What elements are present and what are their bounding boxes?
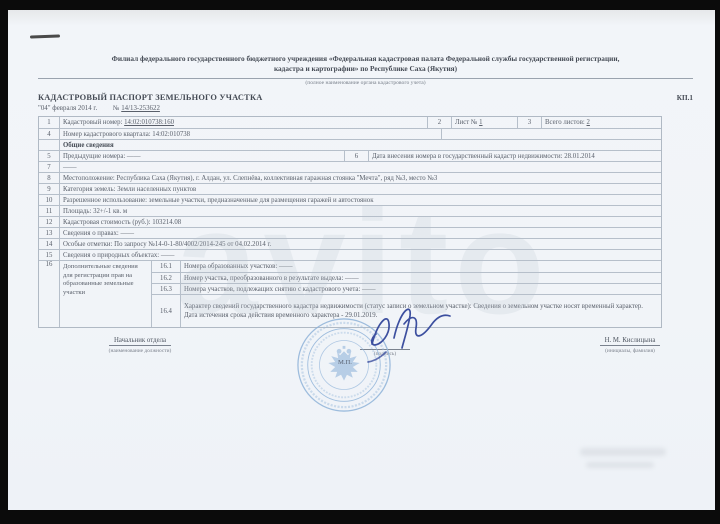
- formed-parcels-cell: Номера образованных участков: ——: [180, 261, 661, 272]
- cadastral-number-label: Кадастровый номер:: [63, 119, 122, 126]
- table-row-8: 8 Местоположение: Республика Саха (Якути…: [39, 172, 661, 183]
- table-row-5: 5 Предыдущие номера: —— 6 Дата внесения …: [39, 150, 661, 161]
- row-number: 8: [39, 173, 59, 183]
- scan-border-right: [715, 0, 720, 524]
- subrow-number: 16.4: [152, 295, 180, 327]
- title-row: КАДАСТРОВЫЙ ПАСПОРТ ЗЕМЕЛЬНОГО УЧАСТКА К…: [38, 93, 693, 102]
- sheet-cell: Лист № 1: [451, 117, 517, 128]
- official-name: Н. М. Кислицына: [600, 337, 661, 346]
- subrow-16-3: 16.3 Номера участков, подлежащих снятию …: [152, 283, 661, 294]
- table-row-1: 1 Кадастровый номер: 14:02:010738:160 2 …: [39, 117, 661, 128]
- row-number: 6: [344, 151, 368, 161]
- table-row-13: 13 Сведения о правах: ——: [39, 227, 661, 238]
- land-category-cell: Категория земель: Земли населенных пункт…: [59, 184, 661, 194]
- table-row-15: 15 Сведения о природных объектах: ——: [39, 249, 661, 260]
- subrow-number: 16.1: [152, 261, 180, 272]
- removal-parcels-cell: Номера участков, подлежащих снятию с кад…: [180, 284, 661, 294]
- transformed-parcel-cell: Номер участка, преобразованного в резуль…: [180, 273, 661, 283]
- quarter-number-cell: Номер кадастрового квартала: 14:02:01073…: [59, 129, 441, 139]
- form-code: КП.1: [677, 94, 693, 102]
- document-number: 14/13-253622: [121, 105, 160, 112]
- org-name-line2: кадастра и картографии» по Республике Са…: [38, 64, 693, 74]
- table-row-4: 4 Номер кадастрового квартала: 14:02:010…: [39, 128, 661, 139]
- document-page: avito М.П: [8, 10, 715, 510]
- faint-watermark-smudge: [580, 448, 666, 456]
- natural-objects-cell: Сведения о природных объектах: ——: [59, 250, 661, 260]
- previous-numbers-cell: Предыдущие номера: ——: [59, 151, 344, 161]
- row-number: 3: [517, 117, 541, 128]
- cadastral-number-cell: Кадастровый номер: 14:02:010738:160: [59, 117, 427, 128]
- row-number: 14: [39, 239, 59, 249]
- issue-date: "04" февраля 2014 г.: [38, 105, 97, 112]
- table-section-row: Общие сведения: [39, 139, 661, 150]
- sheet-value: 1: [479, 119, 482, 126]
- name-caption: (инициалы, фамилия): [575, 348, 685, 354]
- row-number: 9: [39, 184, 59, 194]
- empty-number-cell: [39, 140, 59, 150]
- special-marks-cell: Особые отметки: По запросу №14-0-1-80/40…: [59, 239, 661, 249]
- number-sign: №: [113, 105, 120, 112]
- row-number: 5: [39, 151, 59, 161]
- scan-border-bottom: [0, 510, 720, 524]
- date-and-number-line: "04" февраля 2014 г. № 14/13-253622: [38, 105, 693, 112]
- row-number: 12: [39, 217, 59, 227]
- issuing-organization-header: Филиал федерального государственного бюд…: [38, 10, 693, 74]
- permitted-use-cell: Разрешенное использование: земельные уча…: [59, 195, 661, 205]
- row-number: 2: [427, 117, 451, 128]
- registry-date-cell: Дата внесения номера в государственный к…: [368, 151, 661, 161]
- row-number: 1: [39, 117, 59, 128]
- position-group: Начальник отдела (наименование должности…: [85, 337, 195, 357]
- table-row-7: 7 ——: [39, 161, 661, 172]
- row-number: 15: [39, 250, 59, 260]
- row-number: 10: [39, 195, 59, 205]
- scanned-document-photo: avito М.П: [0, 0, 720, 524]
- faint-watermark-smudge: [586, 462, 654, 468]
- subrow-number: 16.3: [152, 284, 180, 294]
- rights-cell: Сведения о правах: ——: [59, 228, 661, 238]
- total-sheets-value: 2: [587, 119, 590, 126]
- row-number: 7: [39, 162, 59, 172]
- total-sheets-label: Всего листов:: [545, 119, 585, 126]
- cadastral-number-value: 14:02:010738:160: [124, 119, 174, 126]
- subrow-16-1: 16.1 Номера образованных участков: ——: [152, 261, 661, 272]
- row-text: ——: [59, 162, 661, 172]
- area-cell: Площадь: 32+/-1 кв. м: [59, 206, 661, 216]
- subrow-16-2: 16.2 Номер участка, преобразованного в р…: [152, 272, 661, 283]
- row-number: 16: [39, 261, 59, 268]
- sheet-label: Лист №: [455, 119, 477, 126]
- additional-info-label: Дополнительные сведения для регистрации …: [59, 261, 151, 327]
- empty-cell: [441, 129, 661, 139]
- document-title: КАДАСТРОВЫЙ ПАСПОРТ ЗЕМЕЛЬНОГО УЧАСТКА: [38, 93, 262, 102]
- table-row-12: 12 Кадастровая стоимость (руб.): 103214.…: [39, 216, 661, 227]
- total-sheets-cell: Всего листов: 2: [541, 117, 659, 128]
- position-title: Начальник отдела: [109, 337, 171, 346]
- row-number: 11: [39, 206, 59, 216]
- stamp-place-mark: М.П.: [338, 359, 352, 366]
- table-row-10: 10 Разрешенное использование: земельные …: [39, 194, 661, 205]
- location-cell: Местоположение: Республика Саха (Якутия)…: [59, 173, 661, 183]
- org-name-caption: (полное наименование органа кадастрового…: [38, 78, 693, 86]
- subrow-number: 16.2: [152, 273, 180, 283]
- table-row-9: 9 Категория земель: Земли населенных пун…: [39, 183, 661, 194]
- cadastral-value-cell: Кадастровая стоимость (руб.): 103214.08: [59, 217, 661, 227]
- cadastral-table: 1 Кадастровый номер: 14:02:010738:160 2 …: [38, 116, 662, 328]
- position-caption: (наименование должности): [85, 348, 195, 354]
- org-name-line1: Филиал федерального государственного бюд…: [38, 54, 693, 64]
- table-row-11: 11 Площадь: 32+/-1 кв. м: [39, 205, 661, 216]
- name-group: Н. М. Кислицына (инициалы, фамилия): [575, 337, 685, 357]
- section-title: Общие сведения: [59, 140, 661, 150]
- table-row-14: 14 Особые отметки: По запросу №14-0-1-80…: [39, 238, 661, 249]
- scan-border-left: [0, 0, 8, 524]
- row-number: 4: [39, 129, 59, 139]
- scan-border-top: [0, 0, 720, 10]
- handwritten-signature: [358, 298, 470, 364]
- row-number: 13: [39, 228, 59, 238]
